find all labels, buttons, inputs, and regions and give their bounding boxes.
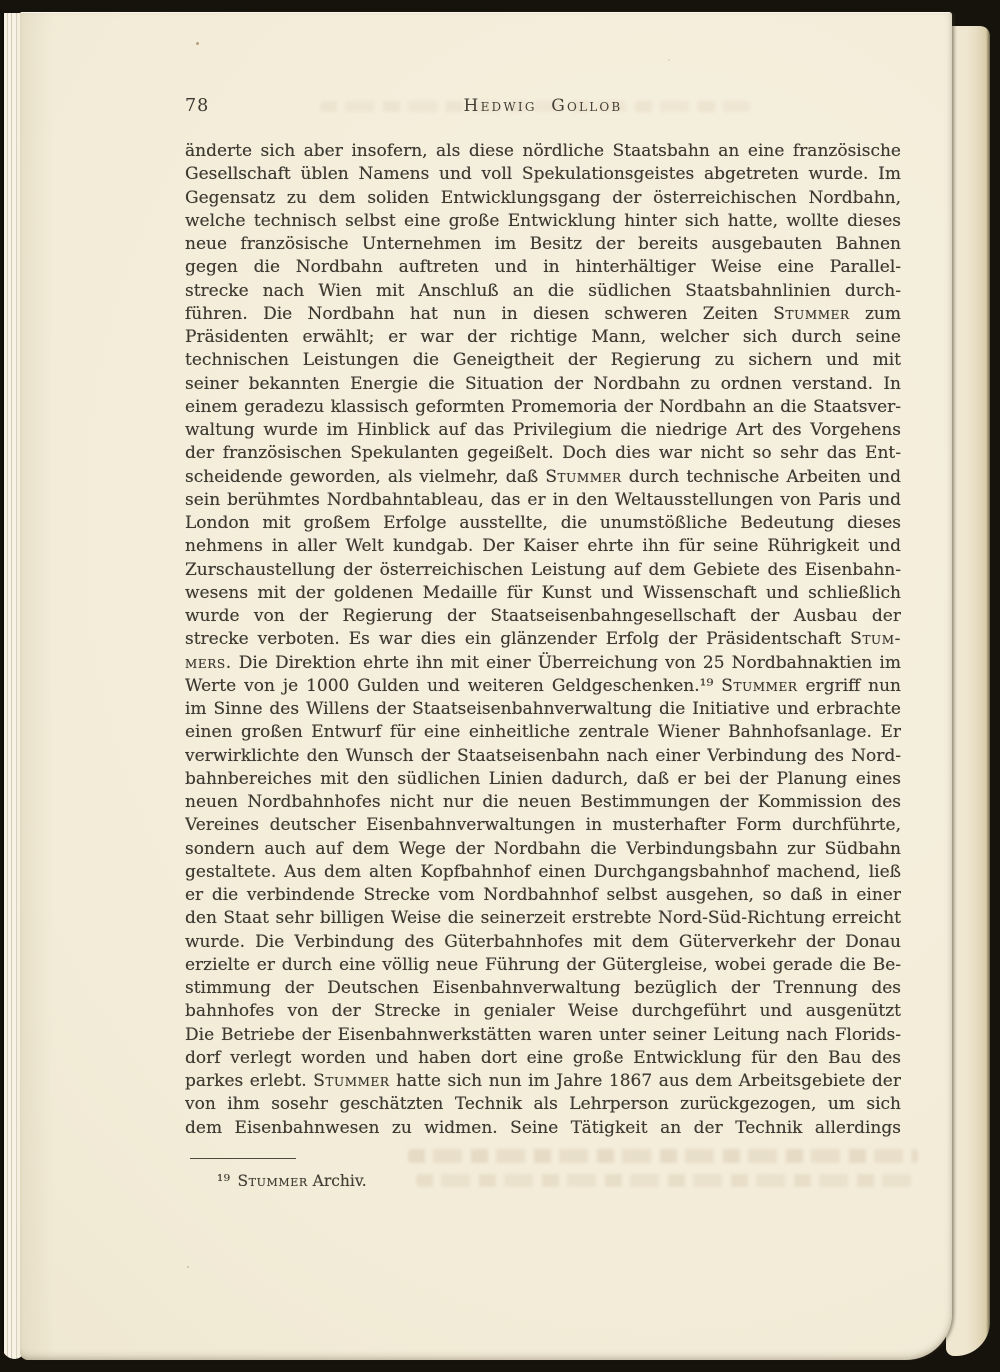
paper-speck: [196, 42, 199, 45]
body-line: änderte sich aber insofern, als diese nö…: [185, 140, 901, 163]
paper-speck: [668, 59, 670, 61]
body-line: seiner bekannten Energie die Situation d…: [185, 373, 901, 396]
body-line: London mit großem Erfolge ausstellte, di…: [185, 512, 901, 535]
body-line: sondern auch auf dem Wege der Nordbahn d…: [185, 838, 901, 861]
body-line: Zurschaustellung der österreichischen Le…: [185, 559, 901, 582]
body-line: Gesellschaft üblen Namens und voll Speku…: [185, 163, 901, 186]
body-line: Werte von je 1000 Gulden und weiteren Ge…: [185, 675, 901, 698]
body-line: Gegensatz zu dem soliden Entwicklungsgan…: [185, 187, 901, 210]
body-line: gestaltete. Aus dem alten Kopfbahnhof ei…: [185, 861, 901, 884]
book-page: 78 Hedwig Gollob änderte sich aber insof…: [20, 12, 952, 1360]
body-line: Mers. Die Direktion ehrte ihn mit einer …: [185, 652, 901, 675]
body-line: technischen Leistungen die Geneigtheit d…: [185, 349, 901, 372]
body-line: im Sinne des Willens der Staatseisenbahn…: [185, 698, 901, 721]
body-line: Vereines deutscher Eisenbahnverwaltungen…: [185, 814, 901, 837]
body-line: Präsidenten erwählt; er war der richtige…: [185, 326, 901, 349]
running-header: Hedwig Gollob: [185, 96, 901, 116]
body-line: parkes erlebt. Stummer hatte sich nun im…: [185, 1070, 901, 1093]
footnote: ¹⁹Stummer Archiv.: [217, 1171, 897, 1192]
body-line: den Staat sehr billigen Weise die seiner…: [185, 907, 901, 930]
body-line: stimmung der Deutschen Eisenbahnverwaltu…: [185, 977, 901, 1000]
body-line: wesens mit der goldenen Medaille für Kun…: [185, 582, 901, 605]
bleed-through-text: [408, 1149, 918, 1163]
body-line: welche technisch selbst eine große Entwi…: [185, 210, 901, 233]
body-line: strecke nach Wien mit Anschluß an die sü…: [185, 280, 901, 303]
body-line: sein berühmtes Nordbahntableau, das er i…: [185, 489, 901, 512]
body-line: strecke verboten. Es war dies ein glänze…: [185, 628, 901, 651]
body-line: dem Eisenbahnwesen zu widmen. Seine Täti…: [185, 1117, 901, 1140]
body-line: verwirklichte den Wunsch der Staatseisen…: [185, 745, 901, 768]
scanned-book-page: 78 Hedwig Gollob änderte sich aber insof…: [0, 0, 1000, 1372]
body-line: neue französische Unternehmen im Besitz …: [185, 233, 901, 256]
body-line: gegen die Nordbahn auftreten und in hint…: [185, 256, 901, 279]
body-line: wurde. Die Verbindung des Güterbahnhofes…: [185, 931, 901, 954]
footnote-text: Stummer Archiv.: [237, 1172, 366, 1190]
footnote-rule: [190, 1158, 296, 1159]
body-line: dorf verlegt worden und haben dort eine …: [185, 1047, 901, 1070]
body-line: einem geradezu klassisch geformten Prome…: [185, 396, 901, 419]
body-line: einen großen Entwurf für eine einheitlic…: [185, 721, 901, 744]
body-line: wurde von der Regierung der Staatseisenb…: [185, 605, 901, 628]
body-line: erzielte er durch eine völlig neue Führu…: [185, 954, 901, 977]
body-line: von ihm sosehr geschätzten Technik als L…: [185, 1093, 901, 1116]
footnote-marker: ¹⁹: [217, 1172, 230, 1190]
body-line: der französischen Spekulanten gegeißelt.…: [185, 442, 901, 465]
body-line: waltung wurde im Hinblick auf das Privil…: [185, 419, 901, 442]
body-line: scheidende geworden, als vielmehr, daß S…: [185, 466, 901, 489]
body-line: er die verbindende Strecke vom Nordbahnh…: [185, 884, 901, 907]
body-line: führen. Die Nordbahn hat nun in diesen s…: [185, 303, 901, 326]
next-page-edge: [946, 26, 990, 1356]
body-line: Die Betriebe der Eisenbahnwerkstätten wa…: [185, 1024, 901, 1047]
body-text: änderte sich aber insofern, als diese nö…: [185, 140, 901, 1140]
body-line: nehmens in aller Welt kundgab. Der Kaise…: [185, 535, 901, 558]
body-line: bahnhofes von der Strecke in genialer We…: [185, 1000, 901, 1023]
body-line: neuen Nordbahnhofes nicht nur die neuen …: [185, 791, 901, 814]
paper-speck: [187, 1266, 189, 1268]
body-line: bahnbereiches mit den südlichen Linien d…: [185, 768, 901, 791]
